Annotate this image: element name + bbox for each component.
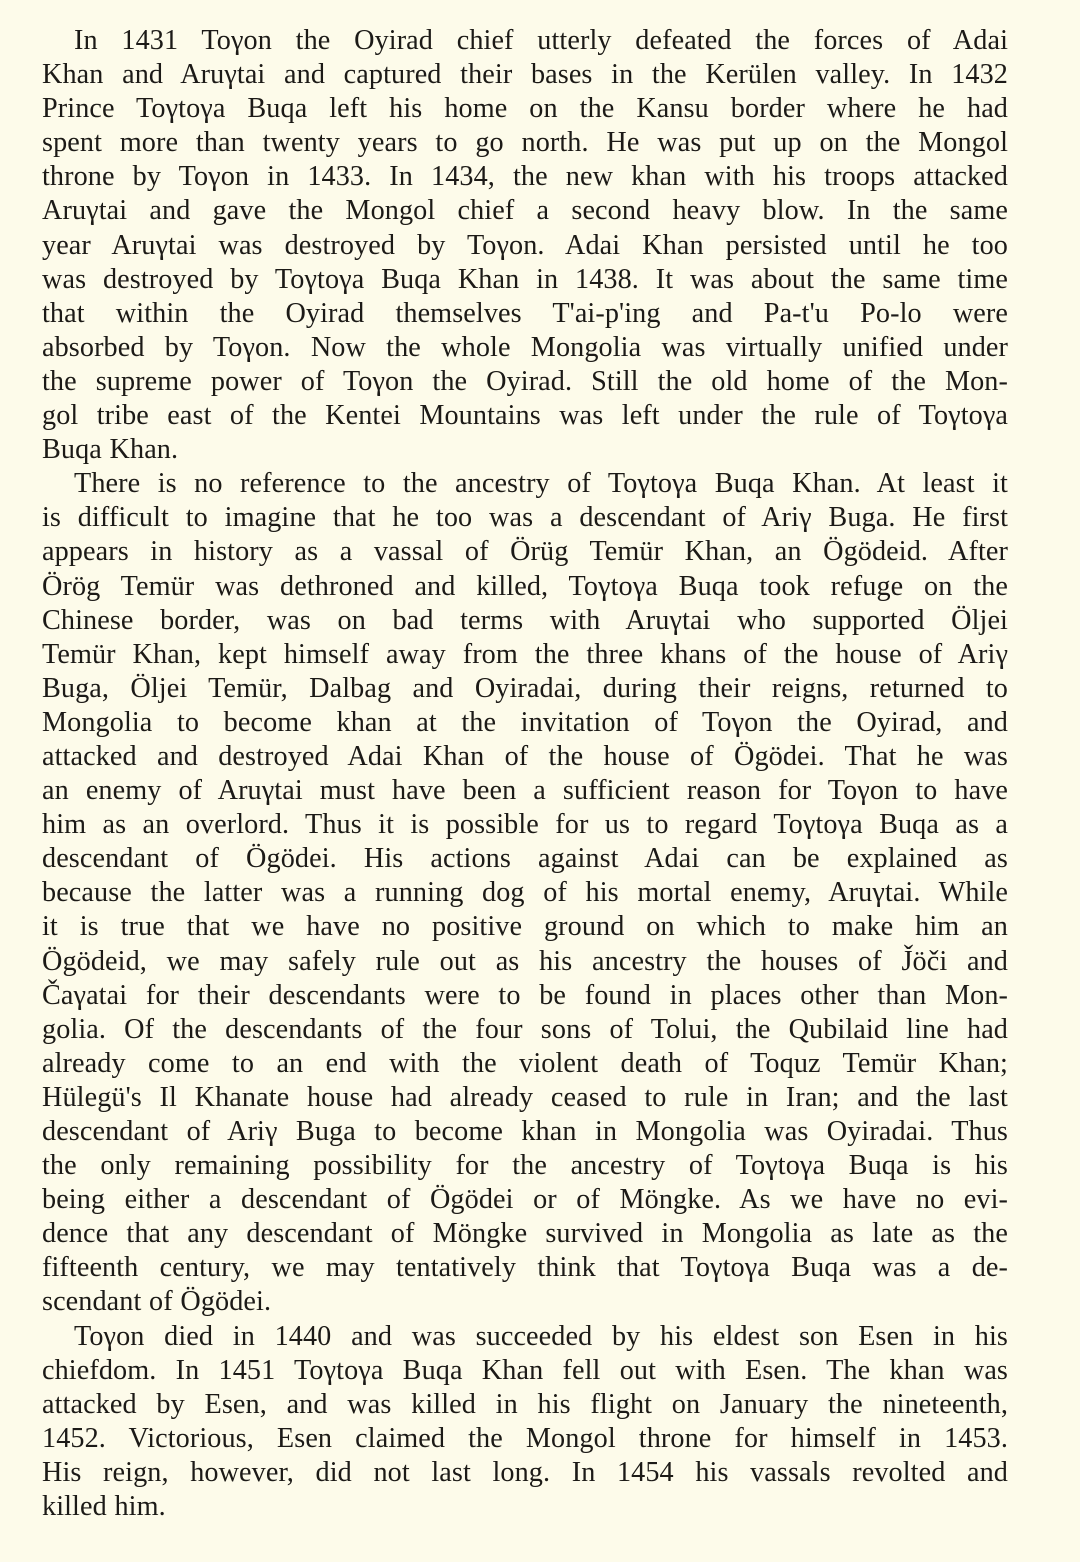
text-line: him as an overlord. Thus it is possible … — [42, 808, 1008, 842]
text-line: Aruγtai and gave the Mongol chief a seco… — [42, 194, 1008, 228]
paragraph-3: Toγon died in 1440 and was succeeded by … — [42, 1320, 1008, 1525]
document-page: In 1431 Toγon the Oyirad chief utterly d… — [42, 24, 1008, 1524]
text-line: throne by Toγon in 1433. In 1434, the ne… — [42, 160, 1008, 194]
text-line: Toγon died in 1440 and was succeeded by … — [42, 1320, 1008, 1354]
paragraph-2: There is no reference to the ancestry of… — [42, 467, 1008, 1319]
text-line: year Aruγtai was destroyed by Toγon. Ada… — [42, 229, 1008, 263]
text-line: was destroyed by Toγtoγa Buqa Khan in 14… — [42, 263, 1008, 297]
text-line: because the latter was a running dog of … — [42, 876, 1008, 910]
text-line: golia. Of the descendants of the four so… — [42, 1013, 1008, 1047]
text-line: it is true that we have no positive grou… — [42, 910, 1008, 944]
text-line: Khan and Aruγtai and captured their base… — [42, 58, 1008, 92]
text-line: attacked by Esen, and was killed in his … — [42, 1388, 1008, 1422]
text-line: Temür Khan, kept himself away from the t… — [42, 638, 1008, 672]
text-line: Chinese border, was on bad terms with Ar… — [42, 604, 1008, 638]
text-line: Örög Temür was dethroned and killed, Toγ… — [42, 570, 1008, 604]
text-line: killed him. — [42, 1490, 1008, 1524]
text-line: the only remaining possibility for the a… — [42, 1149, 1008, 1183]
text-line: fifteenth century, we may tentatively th… — [42, 1251, 1008, 1285]
text-line: descendant of Ögödei. His actions agains… — [42, 842, 1008, 876]
text-line: Prince Toγtoγa Buqa left his home on the… — [42, 92, 1008, 126]
text-line: spent more than twenty years to go north… — [42, 126, 1008, 160]
text-line: scendant of Ögödei. — [42, 1285, 1008, 1319]
text-line: being either a descendant of Ögödei or o… — [42, 1183, 1008, 1217]
text-line: 1452. Victorious, Esen claimed the Mongo… — [42, 1422, 1008, 1456]
text-line: dence that any descendant of Möngke surv… — [42, 1217, 1008, 1251]
text-line: There is no reference to the ancestry of… — [42, 467, 1008, 501]
text-line: attacked and destroyed Adai Khan of the … — [42, 740, 1008, 774]
text-line: gol tribe east of the Kentei Mountains w… — [42, 399, 1008, 433]
text-line: In 1431 Toγon the Oyirad chief utterly d… — [42, 24, 1008, 58]
text-line: appears in history as a vassal of Örüg T… — [42, 535, 1008, 569]
text-line: His reign, however, did not last long. I… — [42, 1456, 1008, 1490]
paragraph-1: In 1431 Toγon the Oyirad chief utterly d… — [42, 24, 1008, 467]
text-line: Mongolia to become khan at the invitatio… — [42, 706, 1008, 740]
text-line: Hülegü's Il Khanate house had already ce… — [42, 1081, 1008, 1115]
text-line: is difficult to imagine that he too was … — [42, 501, 1008, 535]
text-line: Buga, Öljei Temür, Dalbag and Oyiradai, … — [42, 672, 1008, 706]
text-line: chiefdom. In 1451 Toγtoγa Buqa Khan fell… — [42, 1354, 1008, 1388]
text-line: Ögödeid, we may safely rule out as his a… — [42, 945, 1008, 979]
text-line: that within the Oyirad themselves T'ai-p… — [42, 297, 1008, 331]
text-line: an enemy of Aruγtai must have been a suf… — [42, 774, 1008, 808]
text-line: Buqa Khan. — [42, 433, 1008, 467]
text-line: already come to an end with the violent … — [42, 1047, 1008, 1081]
text-line: absorbed by Toγon. Now the whole Mongoli… — [42, 331, 1008, 365]
text-line: descendant of Ariγ Buga to become khan i… — [42, 1115, 1008, 1149]
text-line: Čaγatai for their descendants were to be… — [42, 979, 1008, 1013]
text-line: the supreme power of Toγon the Oyirad. S… — [42, 365, 1008, 399]
